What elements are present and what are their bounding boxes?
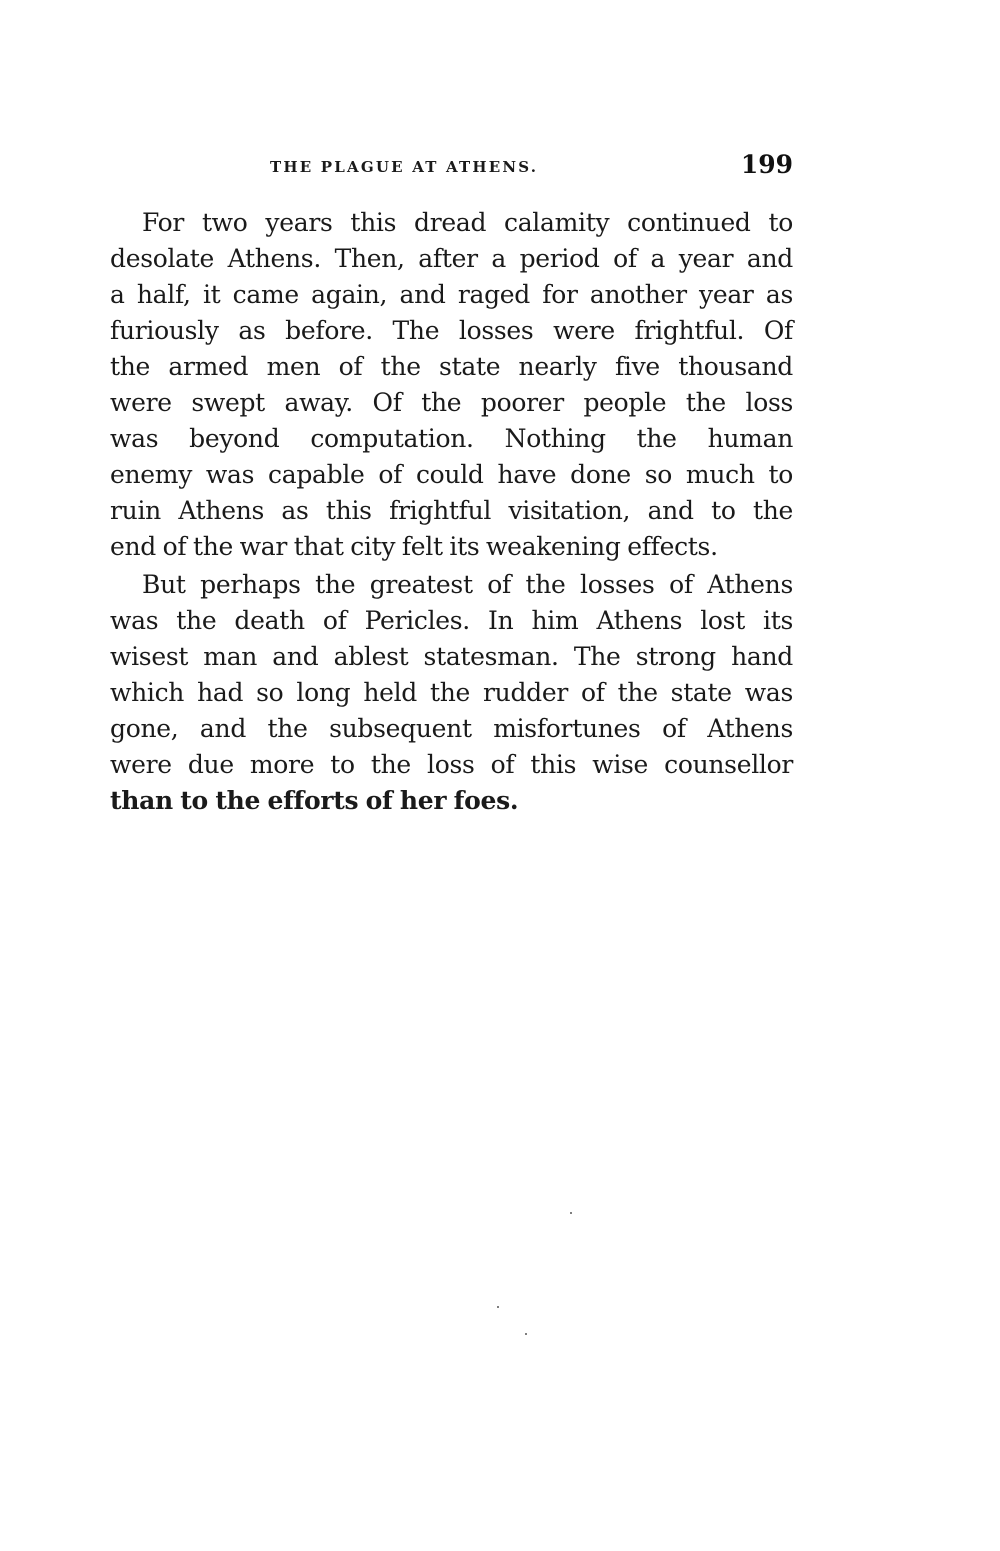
- running-header: THE PLAGUE AT ATHENS. 199: [110, 150, 793, 184]
- paragraph-1: For two years this dread calamity contin…: [110, 205, 793, 565]
- text-line: wisest man and ablest statesman. The str…: [110, 639, 793, 675]
- scan-speck: [497, 1306, 499, 1308]
- text-line: which had so long held the rudder of the…: [110, 675, 793, 711]
- text-line: For two years this dread calamity contin…: [110, 205, 793, 241]
- text-line: was the death of Pericles. In him Athens…: [110, 603, 793, 639]
- paragraph-2: But perhaps the greatest of the losses o…: [110, 567, 793, 819]
- text-line: were due more to the loss of this wise c…: [110, 747, 793, 783]
- text-line: desolate Athens. Then, after a period of…: [110, 241, 793, 277]
- page-number: 199: [741, 150, 793, 179]
- text-line: furiously as before. The losses were fri…: [110, 313, 793, 349]
- text-line: end of the war that city felt its weaken…: [110, 529, 793, 565]
- text-line: gone, and the subsequent misfortunes of …: [110, 711, 793, 747]
- text-line: ruin Athens as this frightful visitation…: [110, 493, 793, 529]
- scan-speck: [570, 1212, 572, 1214]
- running-title: THE PLAGUE AT ATHENS.: [270, 158, 538, 176]
- text-line: the armed men of the state nearly five t…: [110, 349, 793, 385]
- text-line: was beyond computation. Nothing the huma…: [110, 421, 793, 457]
- book-page: THE PLAGUE AT ATHENS. 199 For two years …: [0, 0, 1000, 1551]
- body-text: For two years this dread calamity contin…: [110, 205, 793, 819]
- text-line: were swept away. Of the poorer people th…: [110, 385, 793, 421]
- scan-speck: [525, 1333, 527, 1335]
- text-line: enemy was capable of could have done so …: [110, 457, 793, 493]
- text-line: a half, it came again, and raged for ano…: [110, 277, 793, 313]
- text-line: But perhaps the greatest of the losses o…: [110, 567, 793, 603]
- text-line: than to the efforts of her foes.: [110, 783, 793, 819]
